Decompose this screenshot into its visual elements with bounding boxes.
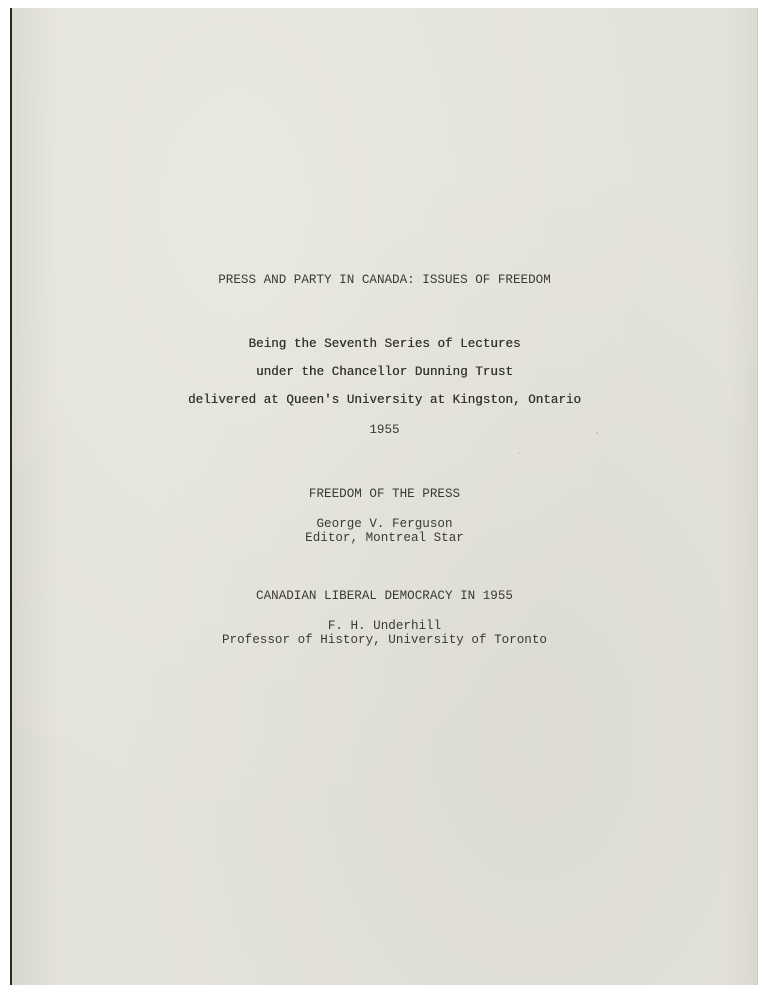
subtitle-line-trust: under the Chancellor Dunning Trust [12,364,757,380]
paper-speck [518,452,520,454]
document-title: PRESS AND PARTY IN CANADA: ISSUES OF FRE… [12,272,757,288]
lecture-1-affiliation: Editor, Montreal Star [12,530,757,546]
document-page: PRESS AND PARTY IN CANADA: ISSUES OF FRE… [10,8,757,985]
subtitle-line-series: Being the Seventh Series of Lectures [12,336,757,352]
paper-speck [596,432,598,434]
lecture-2-title: CANADIAN LIBERAL DEMOCRACY IN 1955 [12,588,757,604]
lecture-2-affiliation: Professor of History, University of Toro… [12,632,757,648]
lecture-1-title: FREEDOM OF THE PRESS [12,486,757,502]
subtitle-line-venue: delivered at Queen's University at Kings… [12,392,757,408]
subtitle-line-year: 1955 [12,422,757,438]
